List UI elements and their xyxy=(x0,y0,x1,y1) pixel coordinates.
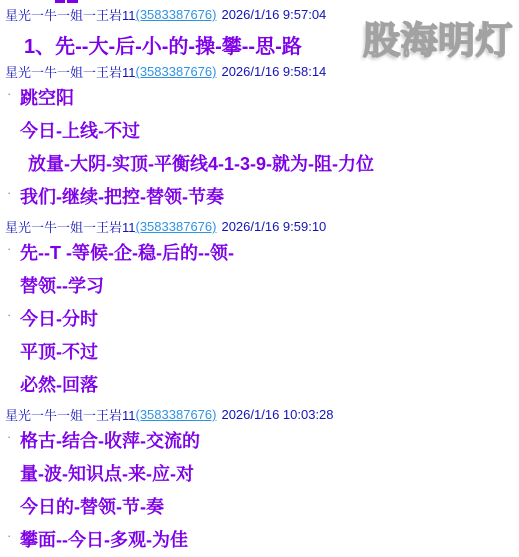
message-text: 今日-上线-不过 xyxy=(20,117,140,143)
message-line: ·攀面--今日-多观-为佳 xyxy=(0,522,519,555)
message-line: ·先--T -等候-企-稳-后的--领- xyxy=(0,235,519,268)
message-meta: 星光一牛一姐一王岩11(3583387676)2026/1/16 9:58:14 xyxy=(0,63,519,80)
author-name: 星光一牛一姐一王岩11 xyxy=(5,62,136,81)
message-line: 今日-上线-不过 xyxy=(0,113,519,146)
timestamp: 2026/1/16 9:58:14 xyxy=(221,64,326,79)
message-line: 放量-大阴-实顶-平衡线4-1-3-9-就为-阻-力位 xyxy=(0,146,519,179)
message-line: ·跳空阳 xyxy=(0,80,519,113)
message-meta: 星光一牛一姐一王岩11(3583387676)2026/1/16 9:57:04 xyxy=(0,6,519,23)
qq-number-link[interactable]: (3583387676) xyxy=(136,407,217,422)
timestamp: 2026/1/16 9:59:10 xyxy=(221,219,326,234)
message-meta: 星光一牛一姐一王岩11(3583387676)2026/1/16 9:59:10 xyxy=(0,218,519,235)
message-meta: 星光一牛一姐一王岩11(3583387676)2026/1/16 10:03:2… xyxy=(0,406,519,423)
author-name: 星光一牛一姐一王岩11 xyxy=(5,5,136,24)
message-line: 平顶-不过 xyxy=(0,334,519,367)
message-text: 放量-大阴-实顶-平衡线4-1-3-9-就为-阻-力位 xyxy=(28,150,374,176)
message-text: 格古-结合-收萍-交流的 xyxy=(20,427,200,453)
message-line: 替领--学习 xyxy=(0,268,519,301)
bullet-dot-icon: · xyxy=(7,430,11,443)
bullet-dot-icon: · xyxy=(7,529,11,542)
qq-number-link[interactable]: (3583387676) xyxy=(136,64,217,79)
message-line: 今日的-替领-节-奏 xyxy=(0,489,519,522)
timestamp: 2026/1/16 10:03:28 xyxy=(221,407,333,422)
message-title: 1、先--大-后-小-的-操-攀--思-路 xyxy=(0,31,519,57)
qq-number-link[interactable]: (3583387676) xyxy=(136,7,217,22)
message-text: 替领--学习 xyxy=(20,272,104,298)
chat-log: 星光一牛一姐一王岩11(3583387676)2026/1/16 9:57:04… xyxy=(0,0,519,555)
message-line: ·今日-分时 xyxy=(0,301,519,334)
message-text: 今日-分时 xyxy=(20,305,98,331)
message-text: 攀面--今日-多观-为佳 xyxy=(20,526,188,552)
message-line: 量-波-知识点-来-应-对 xyxy=(0,456,519,489)
author-name: 星光一牛一姐一王岩11 xyxy=(5,217,136,236)
message-line: 必然-回落 xyxy=(0,367,519,400)
message-text: 跳空阳 xyxy=(20,84,74,110)
message-text: 先--T -等候-企-稳-后的--领- xyxy=(20,239,234,265)
message-text: 平顶-不过 xyxy=(20,338,98,364)
message-text: 量-波-知识点-来-应-对 xyxy=(20,460,194,486)
qq-number-link[interactable]: (3583387676) xyxy=(136,219,217,234)
bullet-dot-icon: · xyxy=(7,186,11,199)
message-text: 今日的-替领-节-奏 xyxy=(20,493,164,519)
message-line: ·格古-结合-收萍-交流的 xyxy=(0,423,519,456)
message-text: 我们-继续-把控-替领-节奏 xyxy=(20,183,224,209)
bullet-dot-icon: · xyxy=(7,308,11,321)
bullet-dot-icon: · xyxy=(7,87,11,100)
author-name: 星光一牛一姐一王岩11 xyxy=(5,405,136,424)
timestamp: 2026/1/16 9:57:04 xyxy=(221,7,326,22)
bullet-dot-icon: · xyxy=(7,242,11,255)
message-text: 必然-回落 xyxy=(20,371,98,397)
message-line: ·我们-继续-把控-替领-节奏 xyxy=(0,179,519,212)
